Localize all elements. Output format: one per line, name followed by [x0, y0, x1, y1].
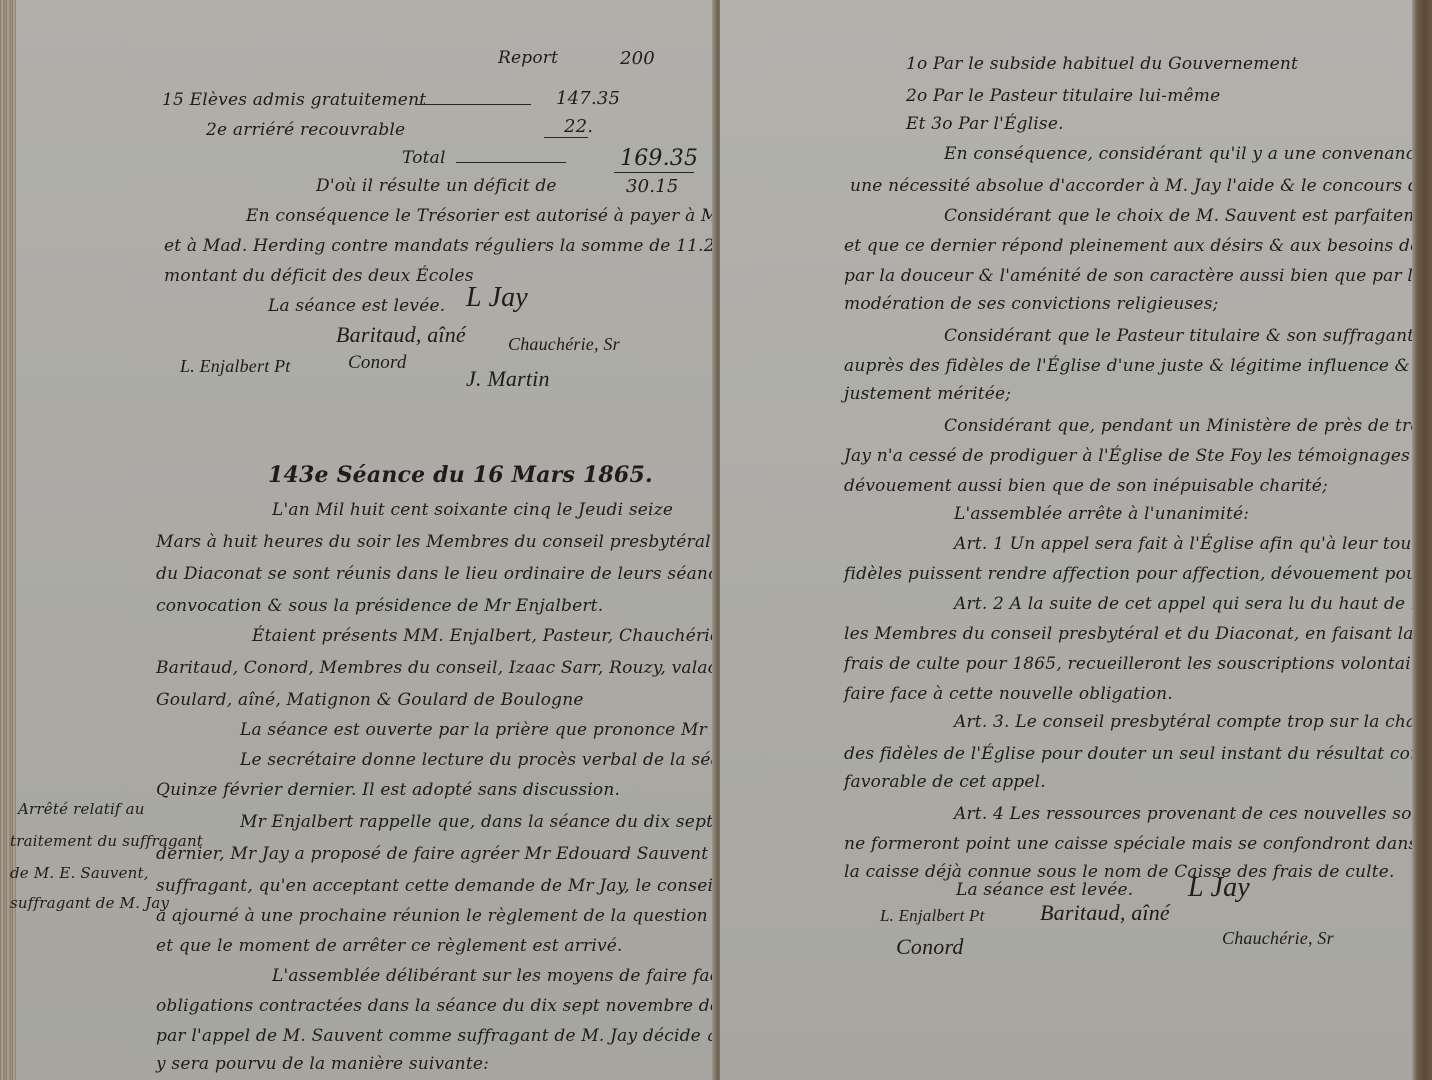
text-line: Considérant que le Pasteur titulaire & s… — [944, 326, 1432, 346]
text-line: ne formeront point une caisse spéciale m… — [844, 834, 1417, 854]
text-line: montant du déficit des deux Écoles — [164, 266, 474, 286]
text-line: les Membres du conseil presbytéral et du… — [844, 624, 1432, 644]
text-line: a ajourné à une prochaine réunion le règ… — [156, 906, 802, 926]
article-2: Art. 2 A la suite de cet appel qui sera … — [954, 594, 1432, 614]
text-line: et à Mad. Herding contre mandats régulie… — [164, 236, 726, 256]
text-line: En conséquence, considérant qu'il y a un… — [944, 144, 1432, 164]
account-row-value: 147.35 — [556, 88, 620, 109]
left-page-edges — [0, 0, 16, 1080]
sum-rule — [614, 172, 694, 173]
session-title: 143e Séance du 16 Mars 1865. — [268, 462, 653, 488]
signature: L Jay — [466, 282, 528, 314]
text-line: frais de culte pour 1865, recueilleront … — [844, 654, 1432, 674]
signature: L. Enjalbert Pt — [180, 356, 291, 377]
text-line: dévouement aussi bien que de son inépuis… — [844, 476, 1328, 496]
account-row-value: 22. — [564, 116, 593, 137]
right-page-edges — [1412, 0, 1432, 1080]
left-page: Report 200 15 Elèves admis gratuitement … — [16, 0, 714, 1080]
deficit-label: D'où il résulte un déficit de — [316, 176, 557, 196]
article-4: Art. 4 Les ressources provenant de ces n… — [954, 804, 1432, 824]
resolution-heading: L'assemblée arrête à l'unanimité: — [954, 504, 1249, 524]
margin-note-line: Arrêté relatif au — [18, 800, 145, 818]
text-line: et que le moment de arrêter ce règlement… — [156, 936, 623, 956]
closing-text: La séance est levée. — [268, 296, 445, 316]
signature: Chauchérie, Sr — [508, 334, 620, 355]
margin-note-line: de M. E. Sauvent, — [10, 864, 149, 882]
text-line: des fidèles de l'Église pour douter un s… — [844, 744, 1432, 764]
leader-line — [456, 162, 566, 163]
open-register-book: Report 200 15 Elèves admis gratuitement … — [0, 0, 1432, 1080]
text-line: justement méritée; — [844, 384, 1011, 404]
leader-line — [416, 104, 531, 105]
list-item: Et 3o Par l'Église. — [906, 114, 1064, 134]
text-line: dernier, Mr Jay a proposé de faire agrée… — [156, 844, 791, 864]
text-line: L'an Mil huit cent soixante cinq le Jeud… — [272, 500, 673, 520]
signature: Chauchérie, Sr — [1222, 928, 1334, 949]
text-line: Jay n'a cessé de prodiguer à l'Église de… — [844, 446, 1432, 466]
margin-note-line: suffragant de M. Jay — [10, 894, 169, 912]
text-line: Goulard, aîné, Matignon & Goulard de Bou… — [156, 690, 584, 710]
text-line: L'assemblée délibérant sur les moyens de… — [272, 966, 767, 986]
text-line: obligations contractées dans la séance d… — [156, 996, 768, 1016]
text-line: Quinze février dernier. Il est adopté sa… — [156, 780, 620, 800]
closing-text: La séance est levée. — [956, 880, 1133, 900]
signature: J. Martin — [466, 366, 550, 392]
text-line: du Diaconat se sont réunis dans le lieu … — [156, 564, 793, 584]
text-line: convocation & sous la présidence de Mr E… — [156, 596, 603, 616]
right-page: 1o Par le subside habituel du Gouverneme… — [720, 0, 1412, 1080]
text-line: modération de ses convictions religieuse… — [844, 294, 1219, 314]
report-label: Report — [498, 48, 558, 68]
text-line: par l'appel de M. Sauvent comme suffraga… — [156, 1026, 745, 1046]
text-line: Mars à huit heures du soir les Membres d… — [156, 532, 780, 552]
deficit-value: 30.15 — [626, 176, 679, 197]
text-line: y sera pourvu de la manière suivante: — [156, 1054, 489, 1074]
text-line: faire face à cette nouvelle obligation. — [844, 684, 1173, 704]
account-row-label: 2e arriéré recouvrable — [206, 120, 405, 140]
signature: Conord — [896, 934, 964, 960]
text-line: Baritaud, Conord, Membres du conseil, Iz… — [156, 658, 723, 678]
article-1: Art. 1 Un appel sera fait à l'Église afi… — [954, 534, 1432, 554]
signature: L Jay — [1188, 872, 1250, 904]
text-line: fidèles puissent rendre affection pour a… — [844, 564, 1432, 584]
article-3: Art. 3. Le conseil presbytéral compte tr… — [954, 712, 1432, 732]
text-line: auprès des fidèles de l'Église d'une jus… — [844, 356, 1432, 376]
text-line: la caisse déjà connue sous le nom de Cai… — [844, 862, 1395, 882]
signature: Conord — [348, 352, 407, 374]
margin-note-line: traitement du suffragant — [10, 832, 203, 850]
list-item: 2o Par le Pasteur titulaire lui-même — [906, 86, 1220, 106]
text-line: En conséquence le Trésorier est autorisé… — [246, 206, 781, 226]
list-item: 1o Par le subside habituel du Gouverneme… — [906, 54, 1298, 74]
signature: Baritaud, aîné — [336, 322, 466, 348]
text-line: une nécessité absolue d'accorder à M. Ja… — [850, 176, 1432, 196]
text-line: Considérant que le choix de M. Sauvent e… — [944, 206, 1432, 226]
signature: L. Enjalbert Pt — [880, 906, 985, 926]
sum-rule — [544, 137, 588, 138]
total-label: Total — [402, 148, 446, 168]
text-line: favorable de cet appel. — [844, 772, 1046, 792]
total-value: 169.35 — [620, 146, 698, 171]
account-row-label: 15 Elèves admis gratuitement — [162, 90, 426, 110]
text-line: Considérant que, pendant un Ministère de… — [944, 416, 1432, 436]
text-line: et que ce dernier répond pleinement aux … — [844, 236, 1432, 256]
text-line: Le secrétaire donne lecture du procès ve… — [240, 750, 780, 770]
text-line: Étaient présents MM. Enjalbert, Pasteur,… — [252, 626, 726, 646]
report-value: 200 — [620, 48, 655, 69]
text-line: par la douceur & l'aménité de son caract… — [844, 266, 1432, 286]
signature: Baritaud, aîné — [1040, 900, 1170, 926]
